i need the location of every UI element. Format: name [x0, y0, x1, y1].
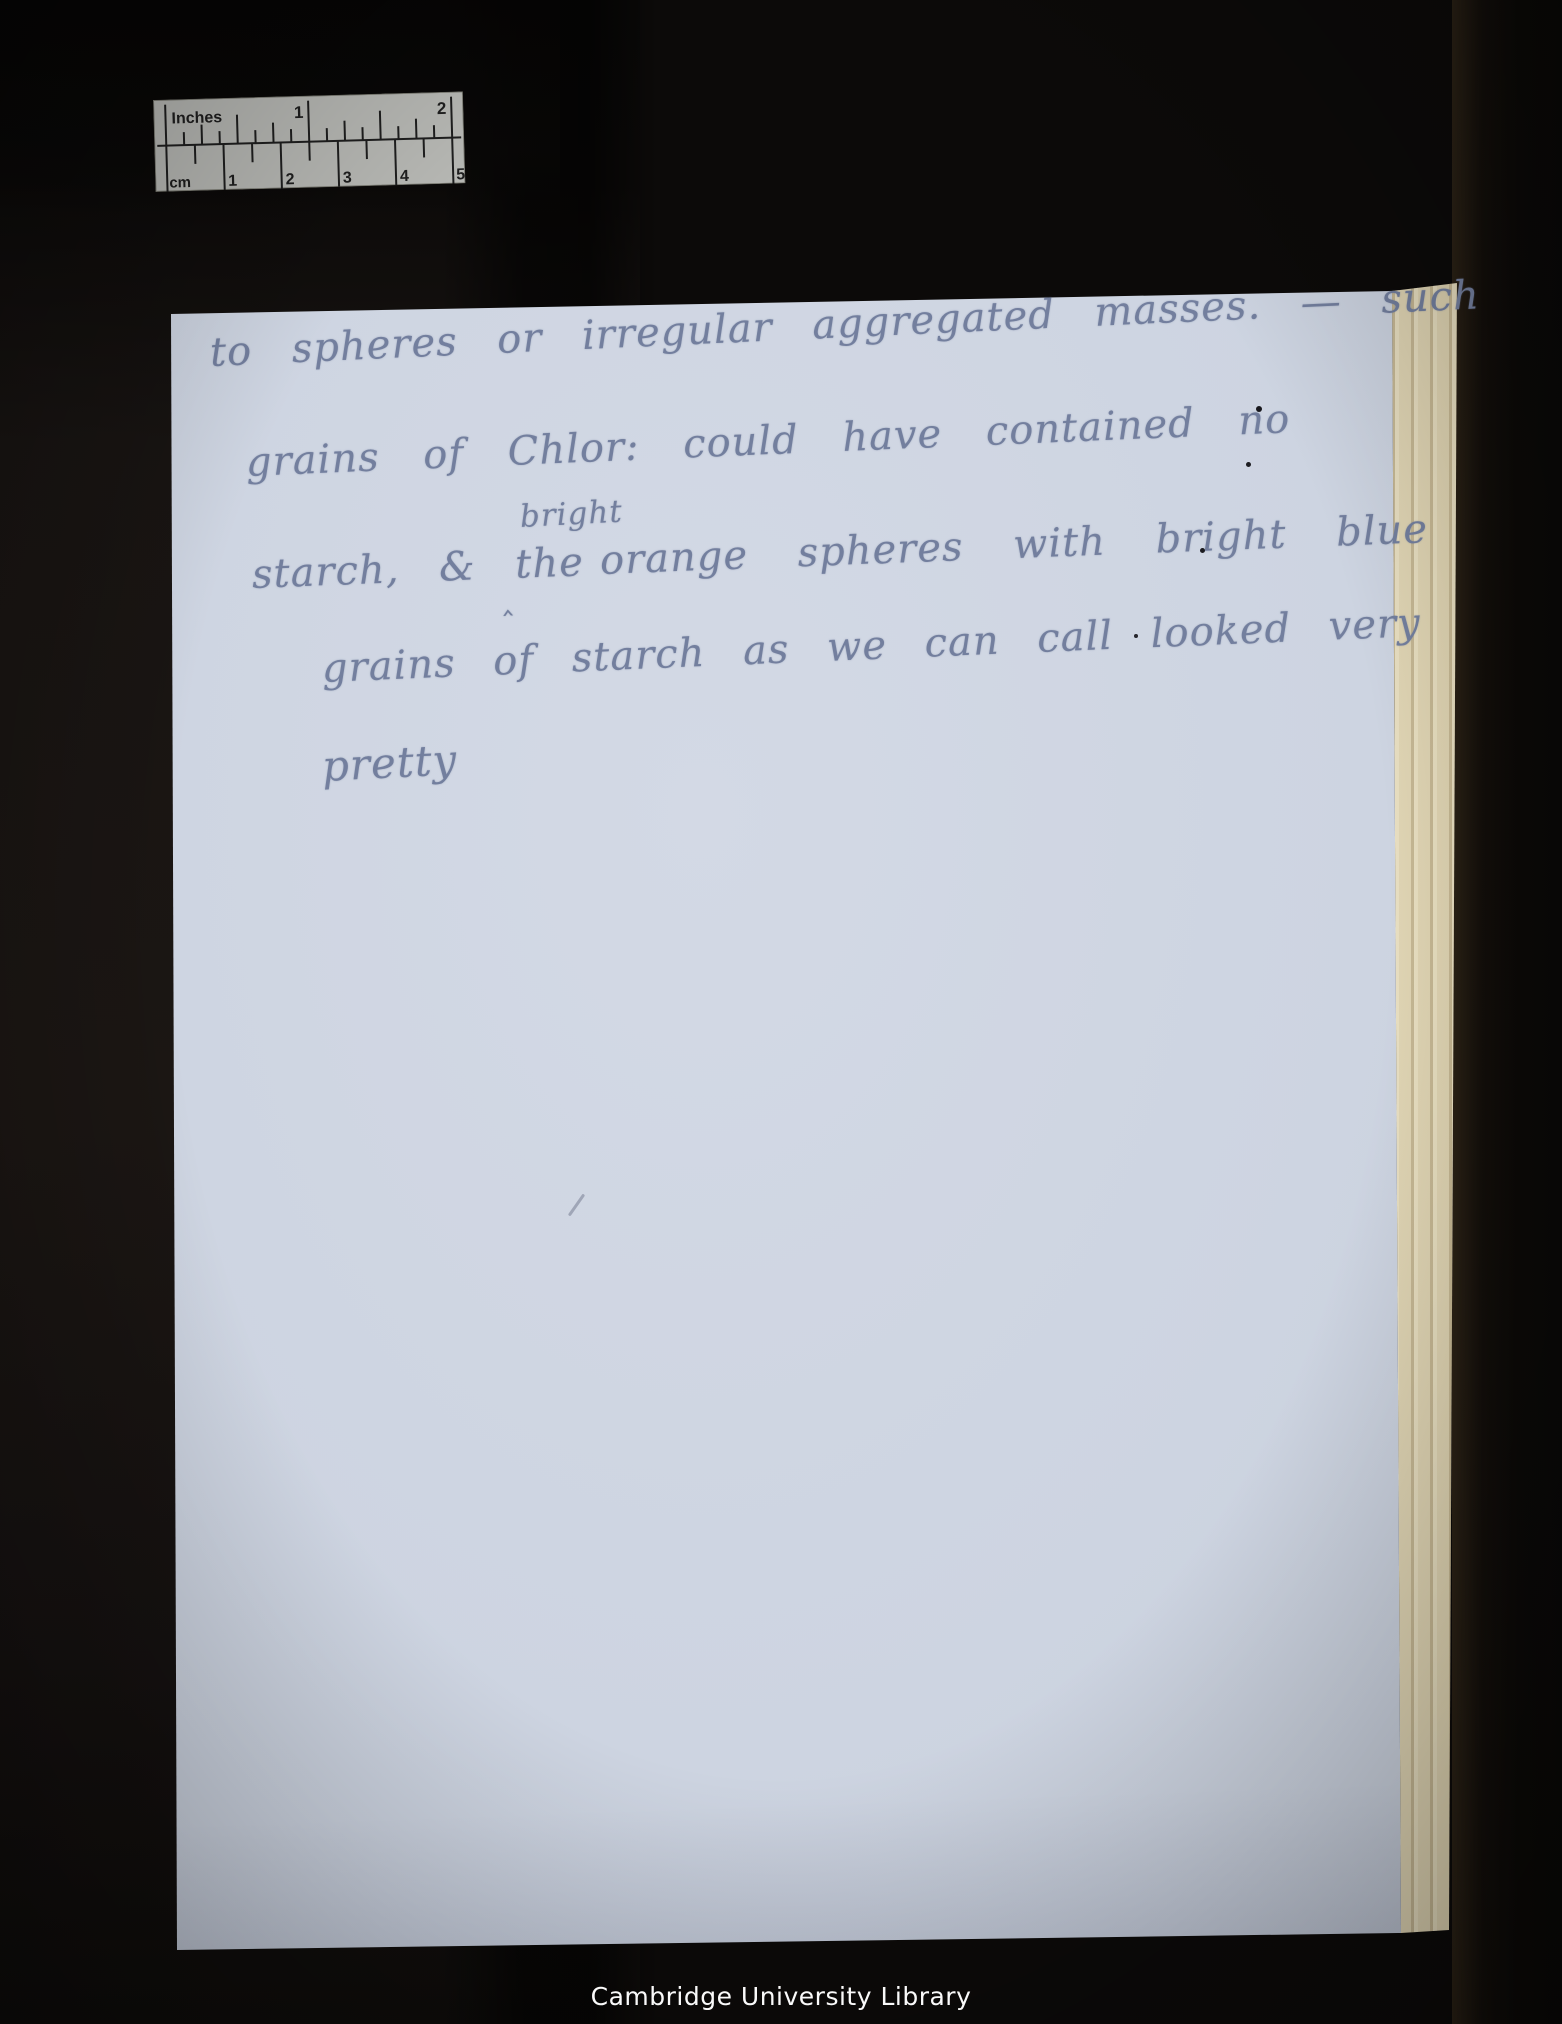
photo-vignette [0, 0, 1562, 2024]
photograph: Inches 1 2 cm 1 2 3 4 5 to spheres or ir… [0, 0, 1562, 2024]
library-caption: Cambridge University Library [0, 1982, 1562, 2011]
